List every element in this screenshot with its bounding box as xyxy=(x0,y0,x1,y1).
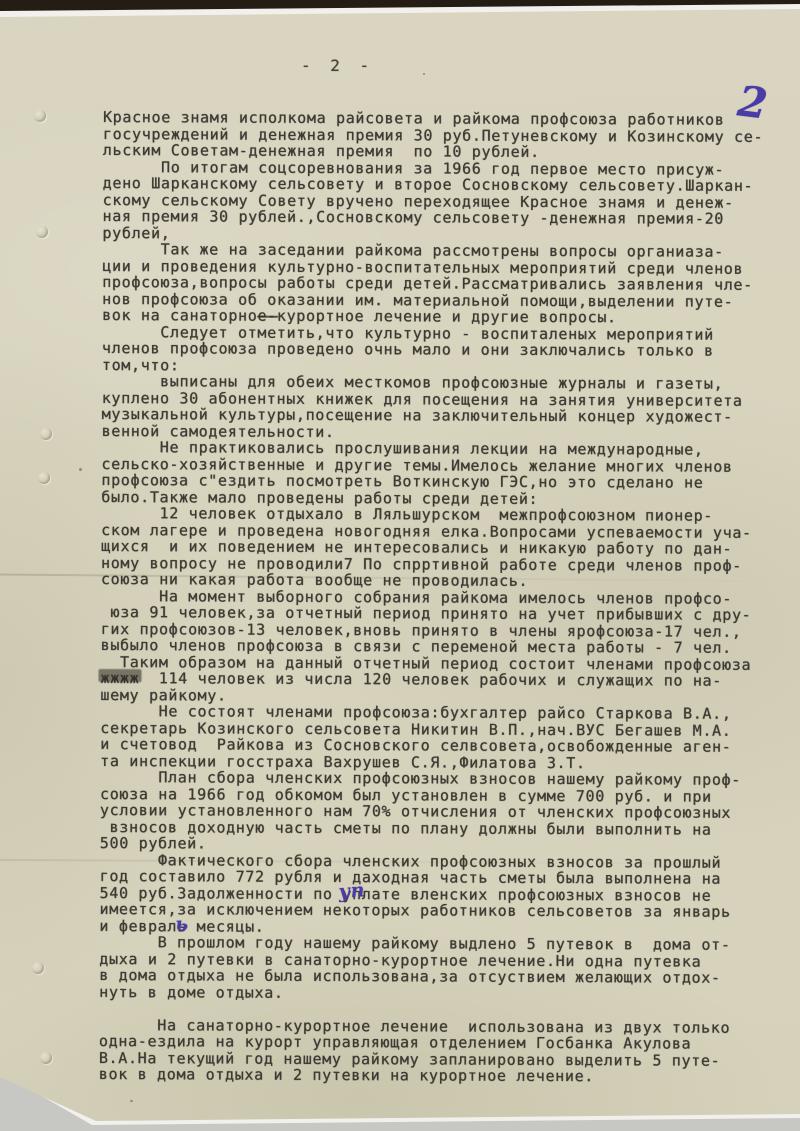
paper-emboss-mark xyxy=(36,226,48,238)
paper-speck xyxy=(79,468,82,471)
paper-speck xyxy=(130,1100,133,1102)
paper-sheet: - 2 - 2 уп ь Красное знамя исполкома рай… xyxy=(0,0,800,1131)
paper-emboss-mark xyxy=(38,472,50,484)
document-text: уп ь Красное знамя исполкома райсовета и… xyxy=(99,109,779,1085)
paper-emboss-mark xyxy=(34,110,46,122)
scanned-document-page: { "page": { "number_label": "- 2 -", "ha… xyxy=(0,0,800,1131)
document-line: членов профсоюза проведено очнь мало и о… xyxy=(102,340,778,359)
overtyped-blot xyxy=(98,669,141,682)
paper-speck xyxy=(423,73,425,75)
paper-emboss-mark xyxy=(40,428,52,440)
document-line: ная премия 30 рублей.,Сосновскому сельсо… xyxy=(102,208,778,227)
overstrike-mark xyxy=(257,316,278,318)
handwritten-correction-up: уп xyxy=(338,881,366,902)
handwritten-correction-soft-sign: ь xyxy=(175,915,189,935)
paper-emboss-mark xyxy=(32,962,44,974)
page-number: - 2 - xyxy=(301,56,374,75)
paper-emboss-mark xyxy=(40,1052,52,1064)
